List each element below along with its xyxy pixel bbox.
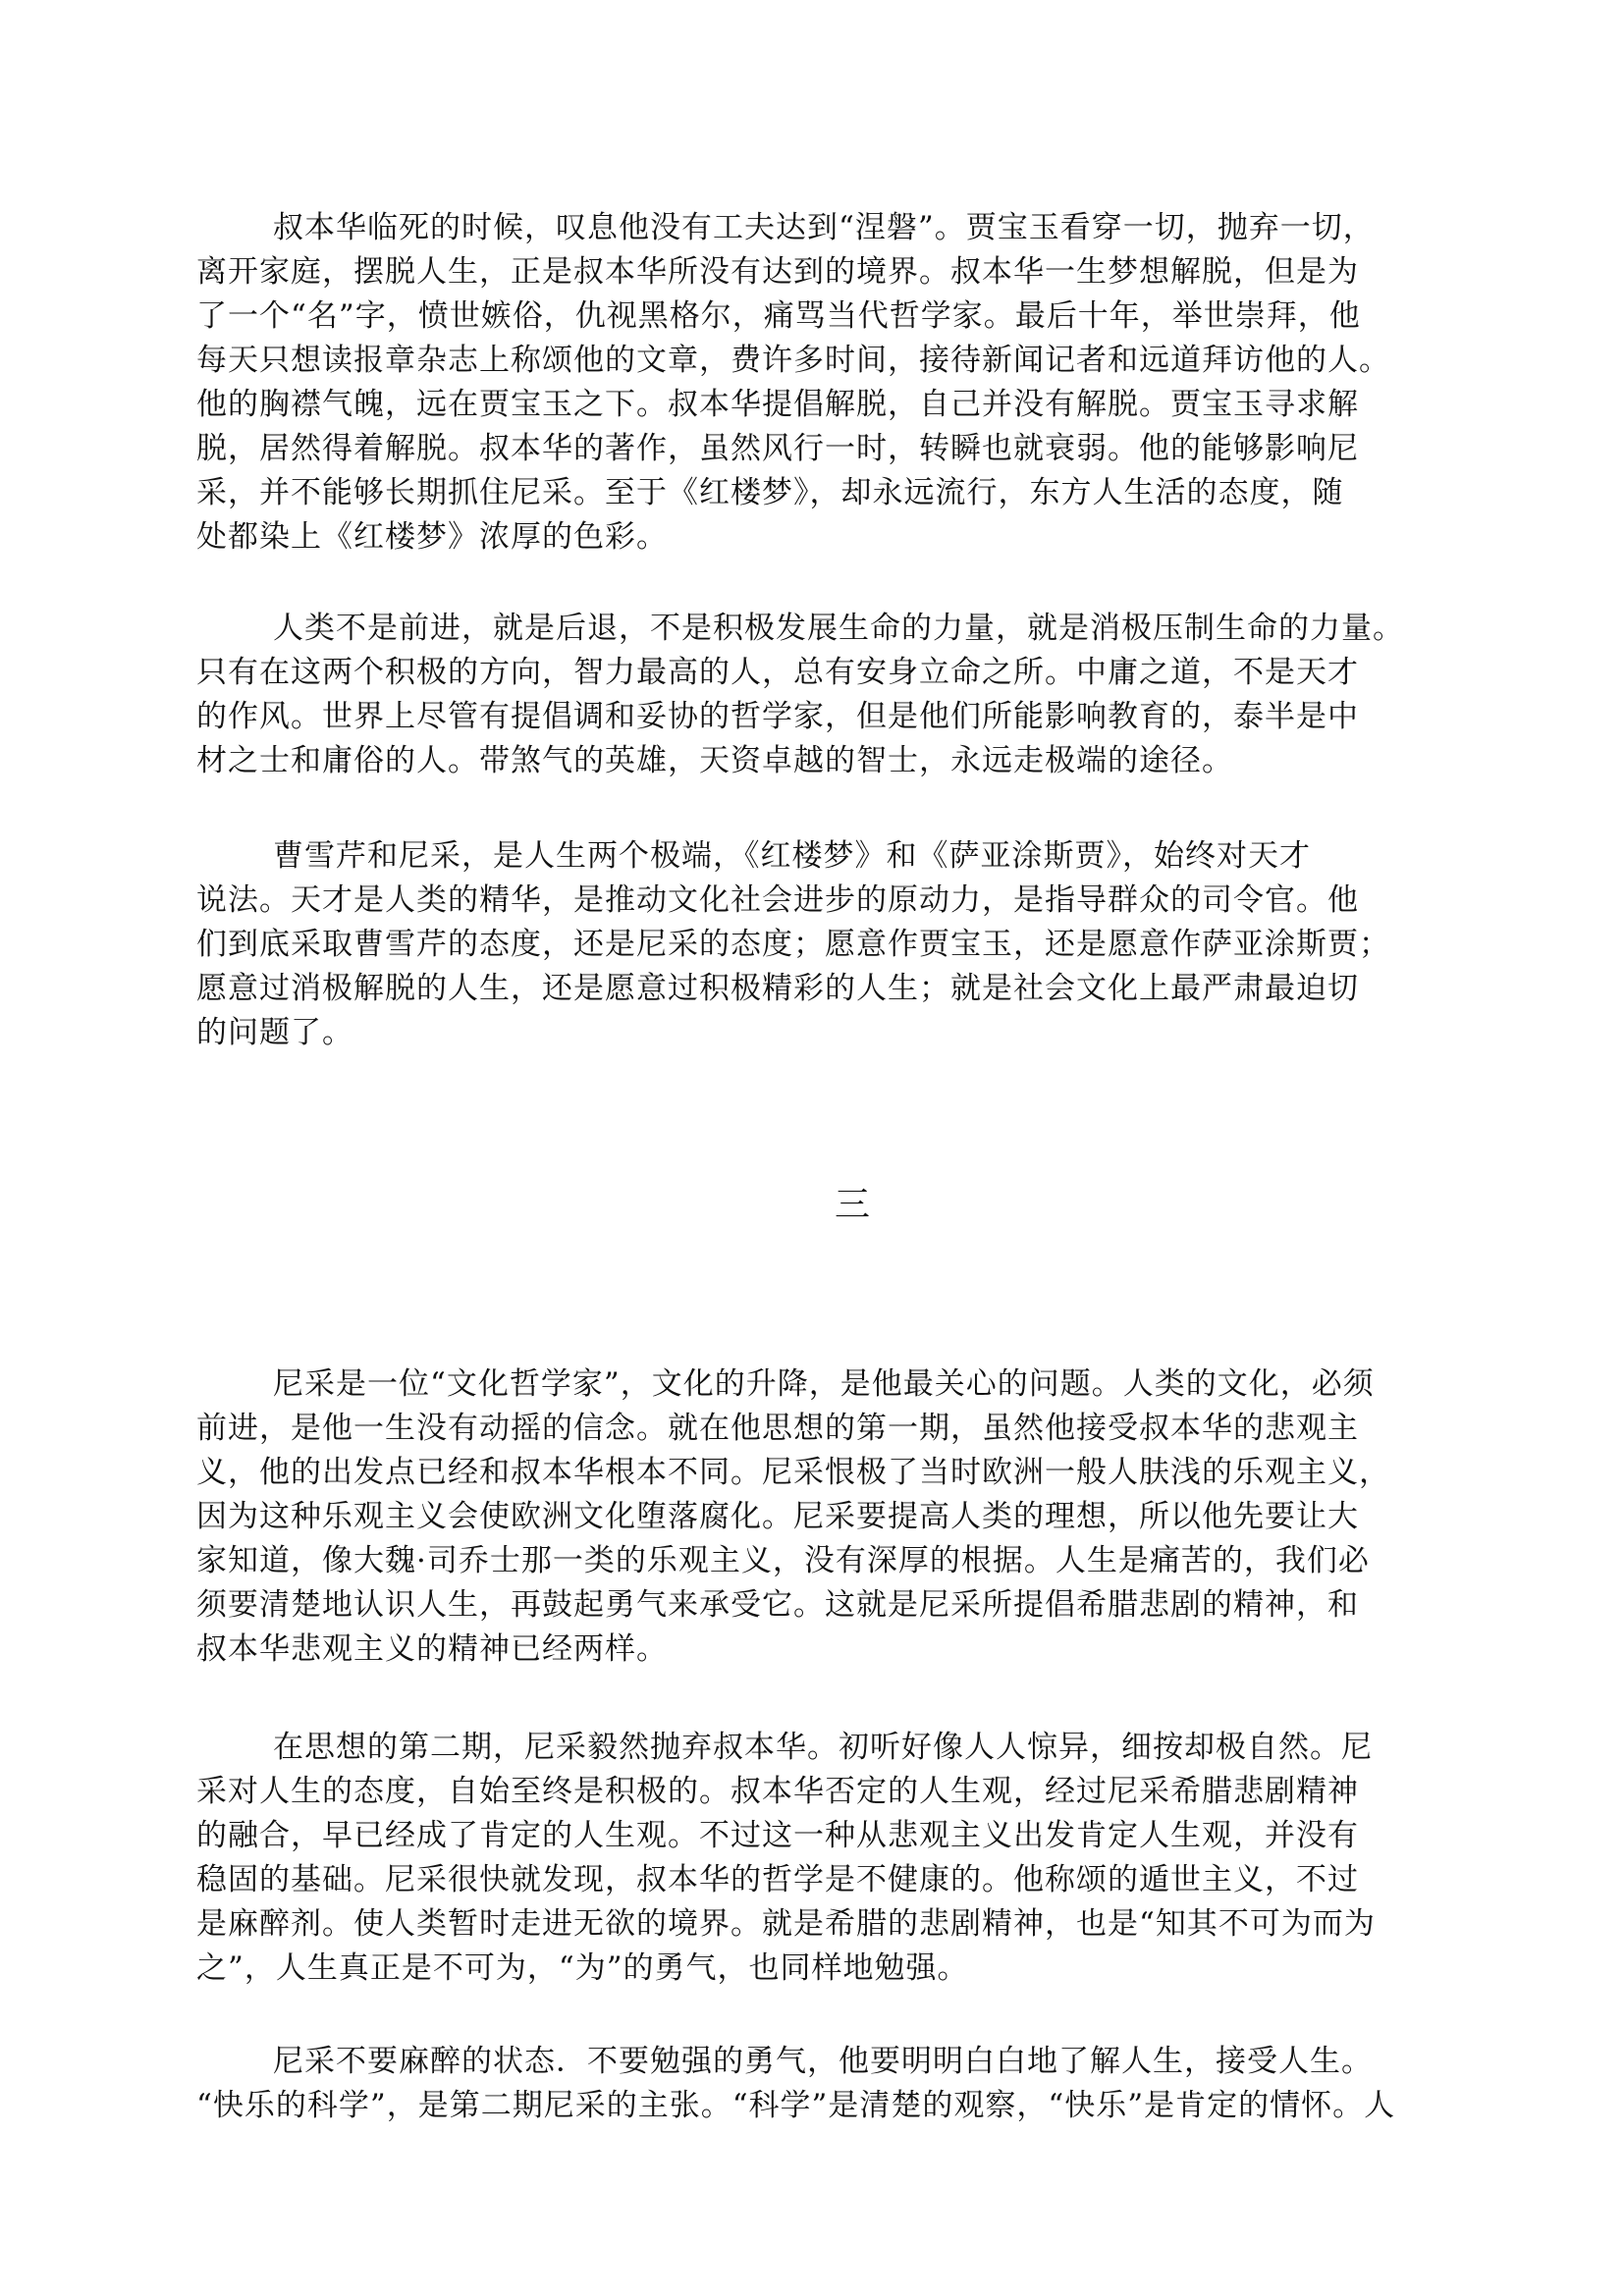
text-line: 义，他的出发点已经和叔本华根本不同。尼采恨极了当时欧洲一般人肤浅的乐观主义，: [196, 1451, 1424, 1495]
text-line: 们到底采取曹雪芹的态度，还是尼采的态度；愿意作贾宝玉，还是愿意作萨亚涂斯贾；: [196, 923, 1424, 967]
text-line: 因为这种乐观主义会使欧洲文化堕落腐化。尼采要提高人类的理想，所以他先要让大: [196, 1495, 1424, 1539]
paragraph-progress-or-regress: 人类不是前进，就是后退，不是积极发展生命的力量，就是消极压制生命的力量。 只有在…: [196, 607, 1424, 783]
text-line: 处都染上《红楼梦》浓厚的色彩。: [196, 515, 1424, 560]
text-line: 离开家庭，摆脱人生，正是叔本华所没有达到的境界。叔本华一生梦想解脱，但是为: [196, 250, 1424, 294]
section-heading: 三: [831, 1184, 874, 1227]
text-line: 尼采不要麻醉的状态．不要勉强的勇气，他要明明白白地了解人生，接受人生。: [196, 2040, 1424, 2084]
text-line: 的作风。世界上尽管有提倡调和妥协的哲学家，但是他们所能影响教育的，泰半是中: [196, 695, 1424, 739]
text-line: 采对人生的态度，自始至终是积极的。叔本华否定的人生观，经过尼采希腊悲剧精神: [196, 1770, 1424, 1814]
text-line: 只有在这两个积极的方向，智力最高的人，总有安身立命之所。中庸之道，不是天才: [196, 651, 1424, 695]
text-line: 之”，人生真正是不可为，“为”的勇气，也同样地勉强。: [196, 1947, 1424, 1991]
text-line: 在思想的第二期，尼采毅然抛弃叔本华。初听好像人人惊异，细按却极自然。尼: [196, 1726, 1424, 1770]
text-line: 脱，居然得着解脱。叔本华的著作，虽然风行一时，转瞬也就衰弱。他的能够影响尼: [196, 427, 1424, 471]
text-line: 每天只想读报章杂志上称颂他的文章，费许多时间，接待新闻记者和远道拜访他的人。: [196, 339, 1424, 383]
paragraph-schopenhauer-vs-baoyu: 叔本华临死的时候，叹息他没有工夫达到“涅磐”。贾宝玉看穿一切，抛弃一切， 离开家…: [196, 206, 1424, 560]
text-line: 材之士和庸俗的人。带煞气的英雄，天资卓越的智士，永远走极端的途径。: [196, 739, 1424, 783]
text-line: 是麻醉剂。使人类暂时走进无欲的境界。就是希腊的悲剧精神，也是“知其不可为而为: [196, 1902, 1424, 1947]
paragraph-two-extremes: 曹雪芹和尼采，是人生两个极端，《红楼梦》和《萨亚涂斯贾》，始终对天才 说法。天才…: [196, 834, 1424, 1055]
text-line: 叔本华临死的时候，叹息他没有工夫达到“涅磐”。贾宝玉看穿一切，抛弃一切，: [196, 206, 1424, 250]
text-line: 说法。天才是人类的精华，是推动文化社会进步的原动力，是指导群众的司令官。他: [196, 879, 1424, 923]
text-line: 叔本华悲观主义的精神已经两样。: [196, 1628, 1424, 1672]
text-line: 稳固的基础。尼采很快就发现，叔本华的哲学是不健康的。他称颂的遁世主义，不过: [196, 1858, 1424, 1902]
text-line: 的融合，早已经成了肯定的人生观。不过这一种从悲观主义出发肯定人生观，并没有: [196, 1814, 1424, 1858]
text-line: “快乐的科学”，是第二期尼采的主张。“科学”是清楚的观察，“快乐”是肯定的情怀。…: [196, 2084, 1424, 2128]
text-line: 了一个“名”字，愤世嫉俗，仇视黑格尔，痛骂当代哲学家。最后十年，举世崇拜，他: [196, 294, 1424, 339]
text-line: 的问题了。: [196, 1011, 1424, 1055]
text-line: 采，并不能够长期抓住尼采。至于《红楼梦》，却永远流行，东方人生活的态度，随: [196, 471, 1424, 515]
text-line: 家知道，像大魏·司乔士那一类的乐观主义，没有深厚的根据。人生是痛苦的，我们必: [196, 1539, 1424, 1583]
text-line: 曹雪芹和尼采，是人生两个极端，《红楼梦》和《萨亚涂斯贾》，始终对天才: [196, 834, 1424, 879]
text-line: 人类不是前进，就是后退，不是积极发展生命的力量，就是消极压制生命的力量。: [196, 607, 1424, 651]
text-line: 前进，是他一生没有动摇的信念。就在他思想的第一期，虽然他接受叔本华的悲观主: [196, 1407, 1424, 1451]
paragraph-joyful-science: 尼采不要麻醉的状态．不要勉强的勇气，他要明明白白地了解人生，接受人生。 “快乐的…: [196, 2040, 1424, 2128]
text-line: 须要清楚地认识人生，再鼓起勇气来承受它。这就是尼采所提倡希腊悲剧的精神，和: [196, 1583, 1424, 1628]
text-line: 愿意过消极解脱的人生，还是愿意过积极精彩的人生；就是社会文化上最严肃最迫切: [196, 967, 1424, 1011]
paragraph-cultural-philosopher: 尼采是一位“文化哲学家”，文化的升降，是他最关心的问题。人类的文化，必须 前进，…: [196, 1362, 1424, 1672]
text-line: 尼采是一位“文化哲学家”，文化的升降，是他最关心的问题。人类的文化，必须: [196, 1362, 1424, 1407]
text-line: 他的胸襟气魄，远在贾宝玉之下。叔本华提倡解脱，自己并没有解脱。贾宝玉寻求解: [196, 383, 1424, 427]
paragraph-second-period: 在思想的第二期，尼采毅然抛弃叔本华。初听好像人人惊异，细按却极自然。尼 采对人生…: [196, 1726, 1424, 1991]
